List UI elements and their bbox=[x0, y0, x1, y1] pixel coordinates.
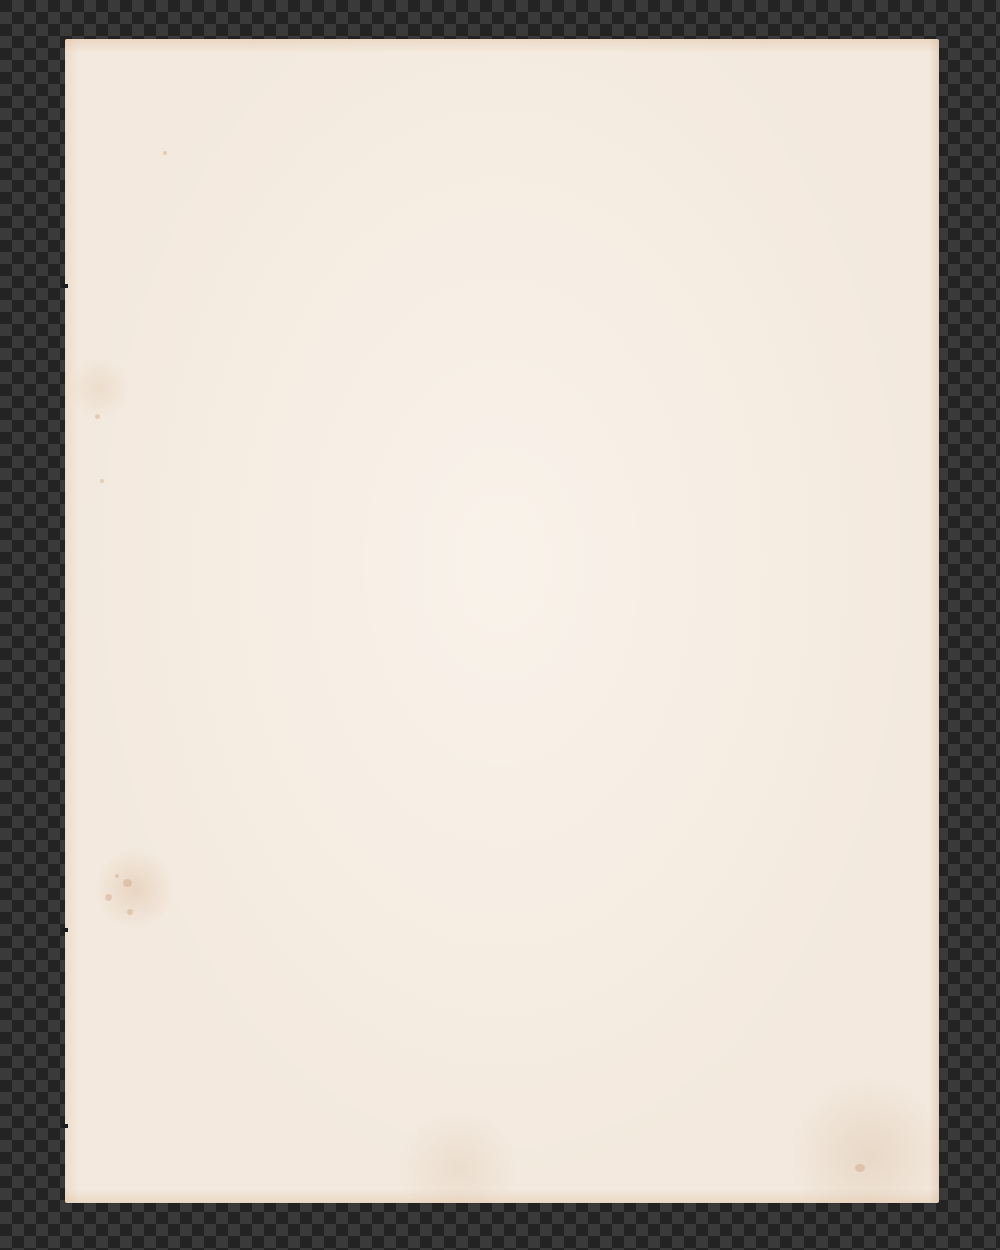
edge-notch bbox=[62, 928, 68, 932]
edge-notch bbox=[62, 284, 68, 288]
blank-paper-sheet bbox=[65, 39, 939, 1203]
foxing-spot bbox=[115, 874, 119, 878]
foxing-spot bbox=[163, 151, 167, 155]
foxing-spot bbox=[100, 479, 104, 483]
foxing-spot bbox=[123, 879, 132, 887]
foxing-spot bbox=[855, 1164, 865, 1172]
foxing-spot bbox=[127, 909, 133, 915]
foxing-spot bbox=[95, 414, 100, 419]
foxing-spot bbox=[105, 894, 112, 901]
edge-notch bbox=[62, 1124, 68, 1128]
